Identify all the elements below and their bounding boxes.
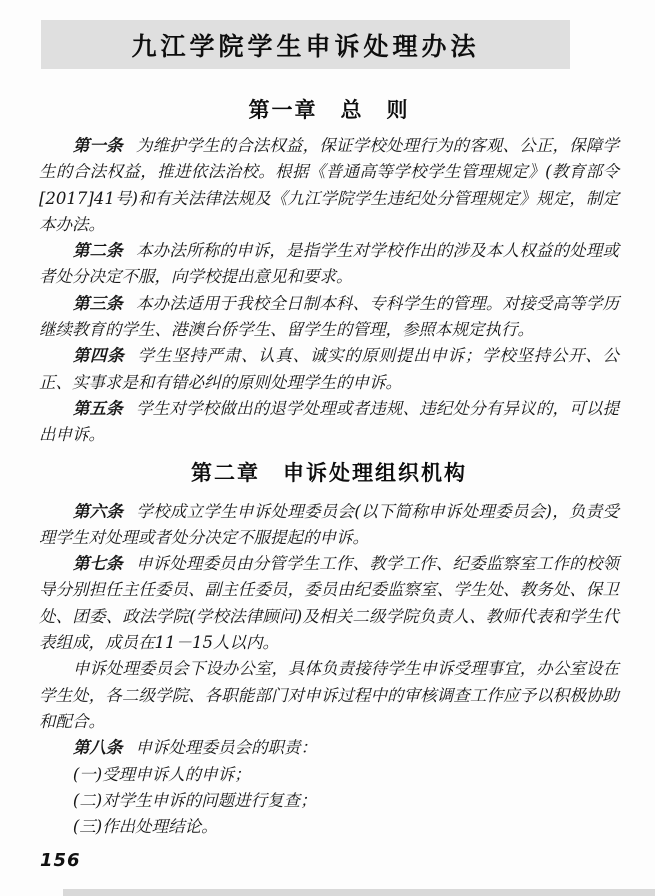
article-3-text: 本办法适用于我校全日制本科、专科学生的管理。对接受高等学历继续教育的学生、港澳台… [39,294,619,339]
article-5-text: 学生对学校做出的退学处理或者违规、违纪处分有异议的，可以提出申诉。 [39,399,619,444]
article-2-number: 第二条 [73,241,123,260]
article-8-paragraph: 第八条申诉处理委员会的职责： [39,735,619,761]
article-7-paragraph: 第七条申诉处理委员由分管学生工作、教学工作、纪委监察室工作的校领导分别担任主任委… [39,551,619,656]
article-7-continuation-text: 申诉处理委员会下设办公室，具体负责接待学生申诉受理事宜，办公室设在学生处，各二级… [39,659,619,731]
article-8-number: 第八条 [73,738,123,757]
article-4-number: 第四条 [73,346,125,365]
scan-edge-artifact [63,889,655,896]
document-content: 九江学院学生申诉处理办法 第一章 总 则 第一条为维护学生的合法权益，保证学校处… [39,20,619,840]
article-3-number: 第三条 [73,294,123,313]
article-8-item-2: (二)对学生申诉的问题进行复查； [39,788,619,814]
article-8-text: 申诉处理委员会的职责： [136,738,318,757]
article-6-text: 学校成立学生申诉处理委员会(以下简称申诉处理委员会)，负责受理学生对处理或者处分… [39,502,619,547]
article-8-item-3-text: (三)作出处理结论。 [73,817,218,836]
article-1-paragraph: 第一条为维护学生的合法权益，保证学校处理行为的客观、公正，保障学生的合法权益，推… [39,133,619,238]
article-8-item-3: (三)作出处理结论。 [39,814,619,840]
article-7-continuation-paragraph: 申诉处理委员会下设办公室，具体负责接待学生申诉受理事宜，办公室设在学生处，各二级… [39,656,619,735]
chapter-1-heading: 第一章 总 则 [39,94,619,124]
article-7-text: 申诉处理委员由分管学生工作、教学工作、纪委监察室工作的校领导分别担任主任委员、副… [39,554,619,652]
article-8-item-1: (一)受理申诉人的申诉； [39,762,619,788]
article-2-paragraph: 第二条本办法所称的申诉，是指学生对学校作出的涉及本人权益的处理或者处分决定不服，… [39,238,619,291]
article-6-paragraph: 第六条学校成立学生申诉处理委员会(以下简称申诉处理委员会)，负责受理学生对处理或… [39,499,619,552]
article-5-number: 第五条 [73,399,123,418]
document-title: 九江学院学生申诉处理办法 [131,27,479,63]
article-8-item-1-text: (一)受理申诉人的申诉； [73,765,251,784]
article-3-paragraph: 第三条本办法适用于我校全日制本科、专科学生的管理。对接受高等学历继续教育的学生、… [39,291,619,344]
article-1-number: 第一条 [73,136,123,155]
document-page: 九江学院学生申诉处理办法 第一章 总 则 第一条为维护学生的合法权益，保证学校处… [0,0,655,896]
page-number: 156 [40,850,81,871]
article-6-number: 第六条 [73,502,123,521]
chapter-2-heading: 第二章 申诉处理组织机构 [39,457,619,487]
article-1-text: 为维护学生的合法权益，保证学校处理行为的客观、公正，保障学生的合法权益，推进依法… [39,136,619,234]
article-4-paragraph: 第四条学生坚持严肃、认真、诚实的原则提出申诉；学校坚持公开、公正、实事求是和有错… [39,343,619,396]
document-title-box: 九江学院学生申诉处理办法 [41,20,570,69]
article-2-text: 本办法所称的申诉，是指学生对学校作出的涉及本人权益的处理或者处分决定不服，向学校… [39,241,619,286]
article-7-number: 第七条 [73,554,123,573]
article-4-text: 学生坚持严肃、认真、诚实的原则提出申诉；学校坚持公开、公正、实事求是和有错必纠的… [39,346,619,391]
article-5-paragraph: 第五条学生对学校做出的退学处理或者违规、违纪处分有异议的，可以提出申诉。 [39,396,619,449]
article-8-item-2-text: (二)对学生申诉的问题进行复查； [73,791,317,810]
